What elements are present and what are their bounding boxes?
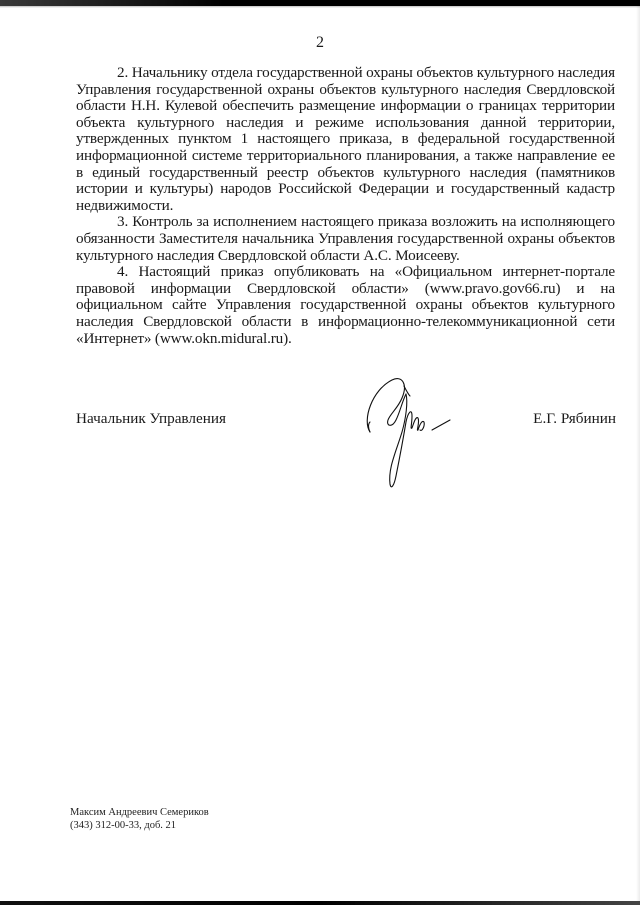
signatory-title: Начальник Управления [76,410,226,428]
executor-contact: Максим Андреевич Семериков (343) 312-00-… [70,806,209,832]
scan-border-top [0,0,640,6]
signature-row: Начальник Управления Е.Г. Рябинин [76,410,615,430]
paragraph-item-4: 4. Настоящий приказ опубликовать на «Офи… [76,264,615,347]
paragraph-item-3: 3. Контроль за исполнением настоящего пр… [76,214,615,264]
executor-name: Максим Андреевич Семериков [70,806,209,819]
scan-border-right [636,0,640,905]
page-number: 2 [0,34,640,52]
document-body: 2. Начальнику отдела государственной охр… [76,65,615,347]
paragraph-item-2: 2. Начальнику отдела государственной охр… [76,65,615,214]
signatory-name: Е.Г. Рябинин [533,410,616,428]
handwritten-signature-icon [358,372,478,492]
scan-border-bottom [0,901,640,905]
executor-phone: (343) 312-00-33, доб. 21 [70,819,209,832]
